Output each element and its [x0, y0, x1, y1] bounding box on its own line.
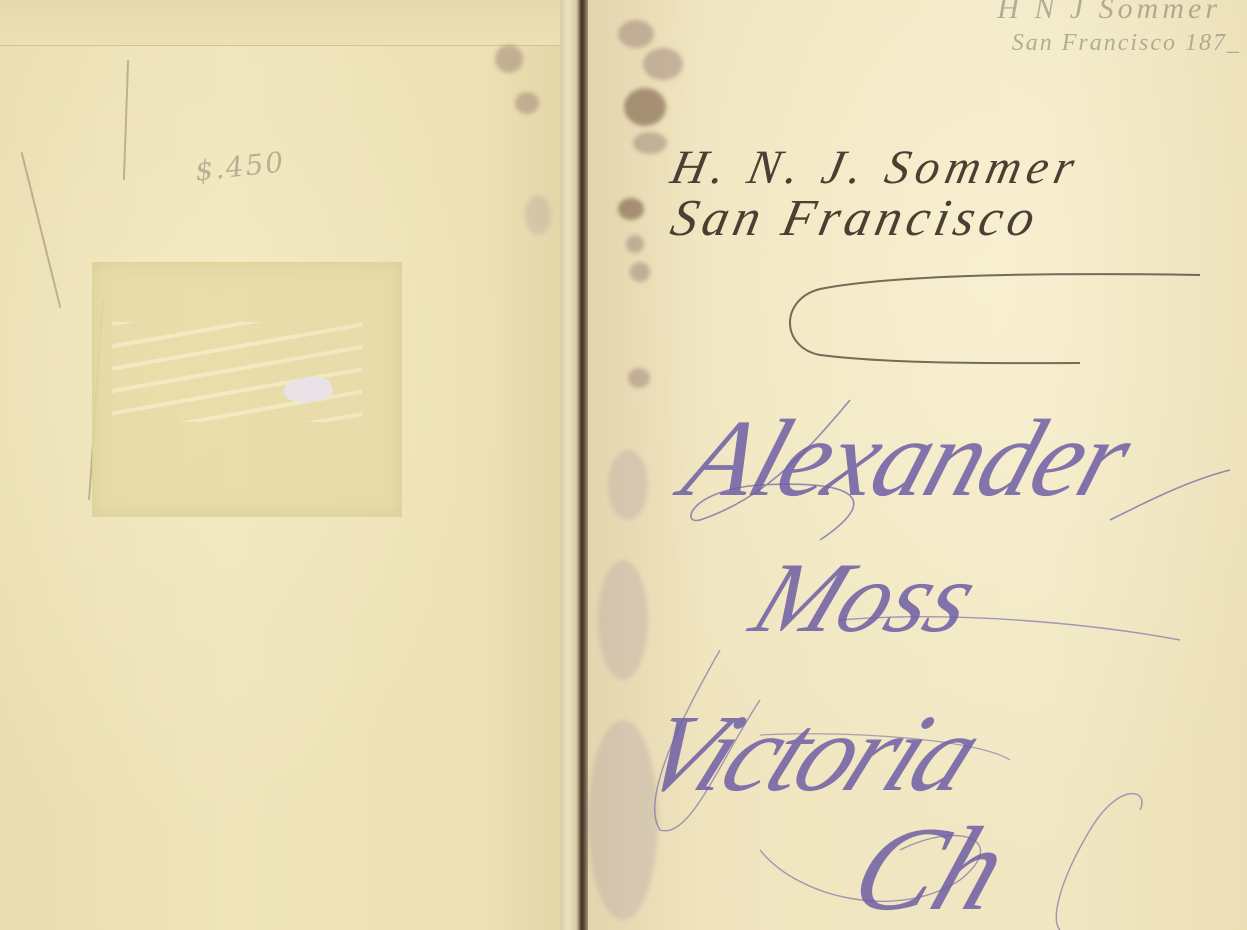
paper-crack: [21, 152, 62, 308]
stain: [525, 195, 551, 235]
paper-crack: [123, 60, 129, 180]
inscription-name: H N J Sommer: [997, 0, 1241, 28]
stain: [495, 45, 523, 73]
inscription-place-date: San Francisco 187_: [997, 28, 1241, 58]
signature-victoria: Victoria: [622, 690, 999, 817]
owner-city: San Francisco: [666, 189, 1086, 248]
removed-label-patch: [92, 262, 402, 517]
stain: [515, 92, 539, 114]
book-spine-gutter: [560, 0, 590, 930]
stain: [588, 720, 658, 920]
stain: [628, 368, 650, 388]
corner-owner-inscription: H N J Sommer San Francisco 187_: [997, 0, 1241, 58]
book-spread: $.450 H N J Sommer San Francisco 187_ H.…: [0, 0, 1247, 930]
stain: [618, 20, 654, 48]
stain: [630, 262, 650, 282]
stain: [643, 48, 683, 80]
stain: [633, 132, 667, 154]
stain: [608, 450, 648, 520]
signature-alexander: Alexander: [669, 395, 1144, 522]
left-endpaper: $.450: [0, 0, 575, 930]
stain: [624, 88, 666, 126]
stain: [598, 560, 648, 680]
stain: [618, 198, 644, 220]
owner-name: H. N. J. Sommer: [666, 140, 1085, 195]
price-note: $.450: [194, 145, 287, 187]
stain: [626, 235, 644, 253]
owner-inscription: H. N. J. Sommer San Francisco: [672, 140, 1079, 248]
top-margin-strip: [0, 0, 575, 46]
calligraphic-flourish: [780, 255, 1200, 375]
